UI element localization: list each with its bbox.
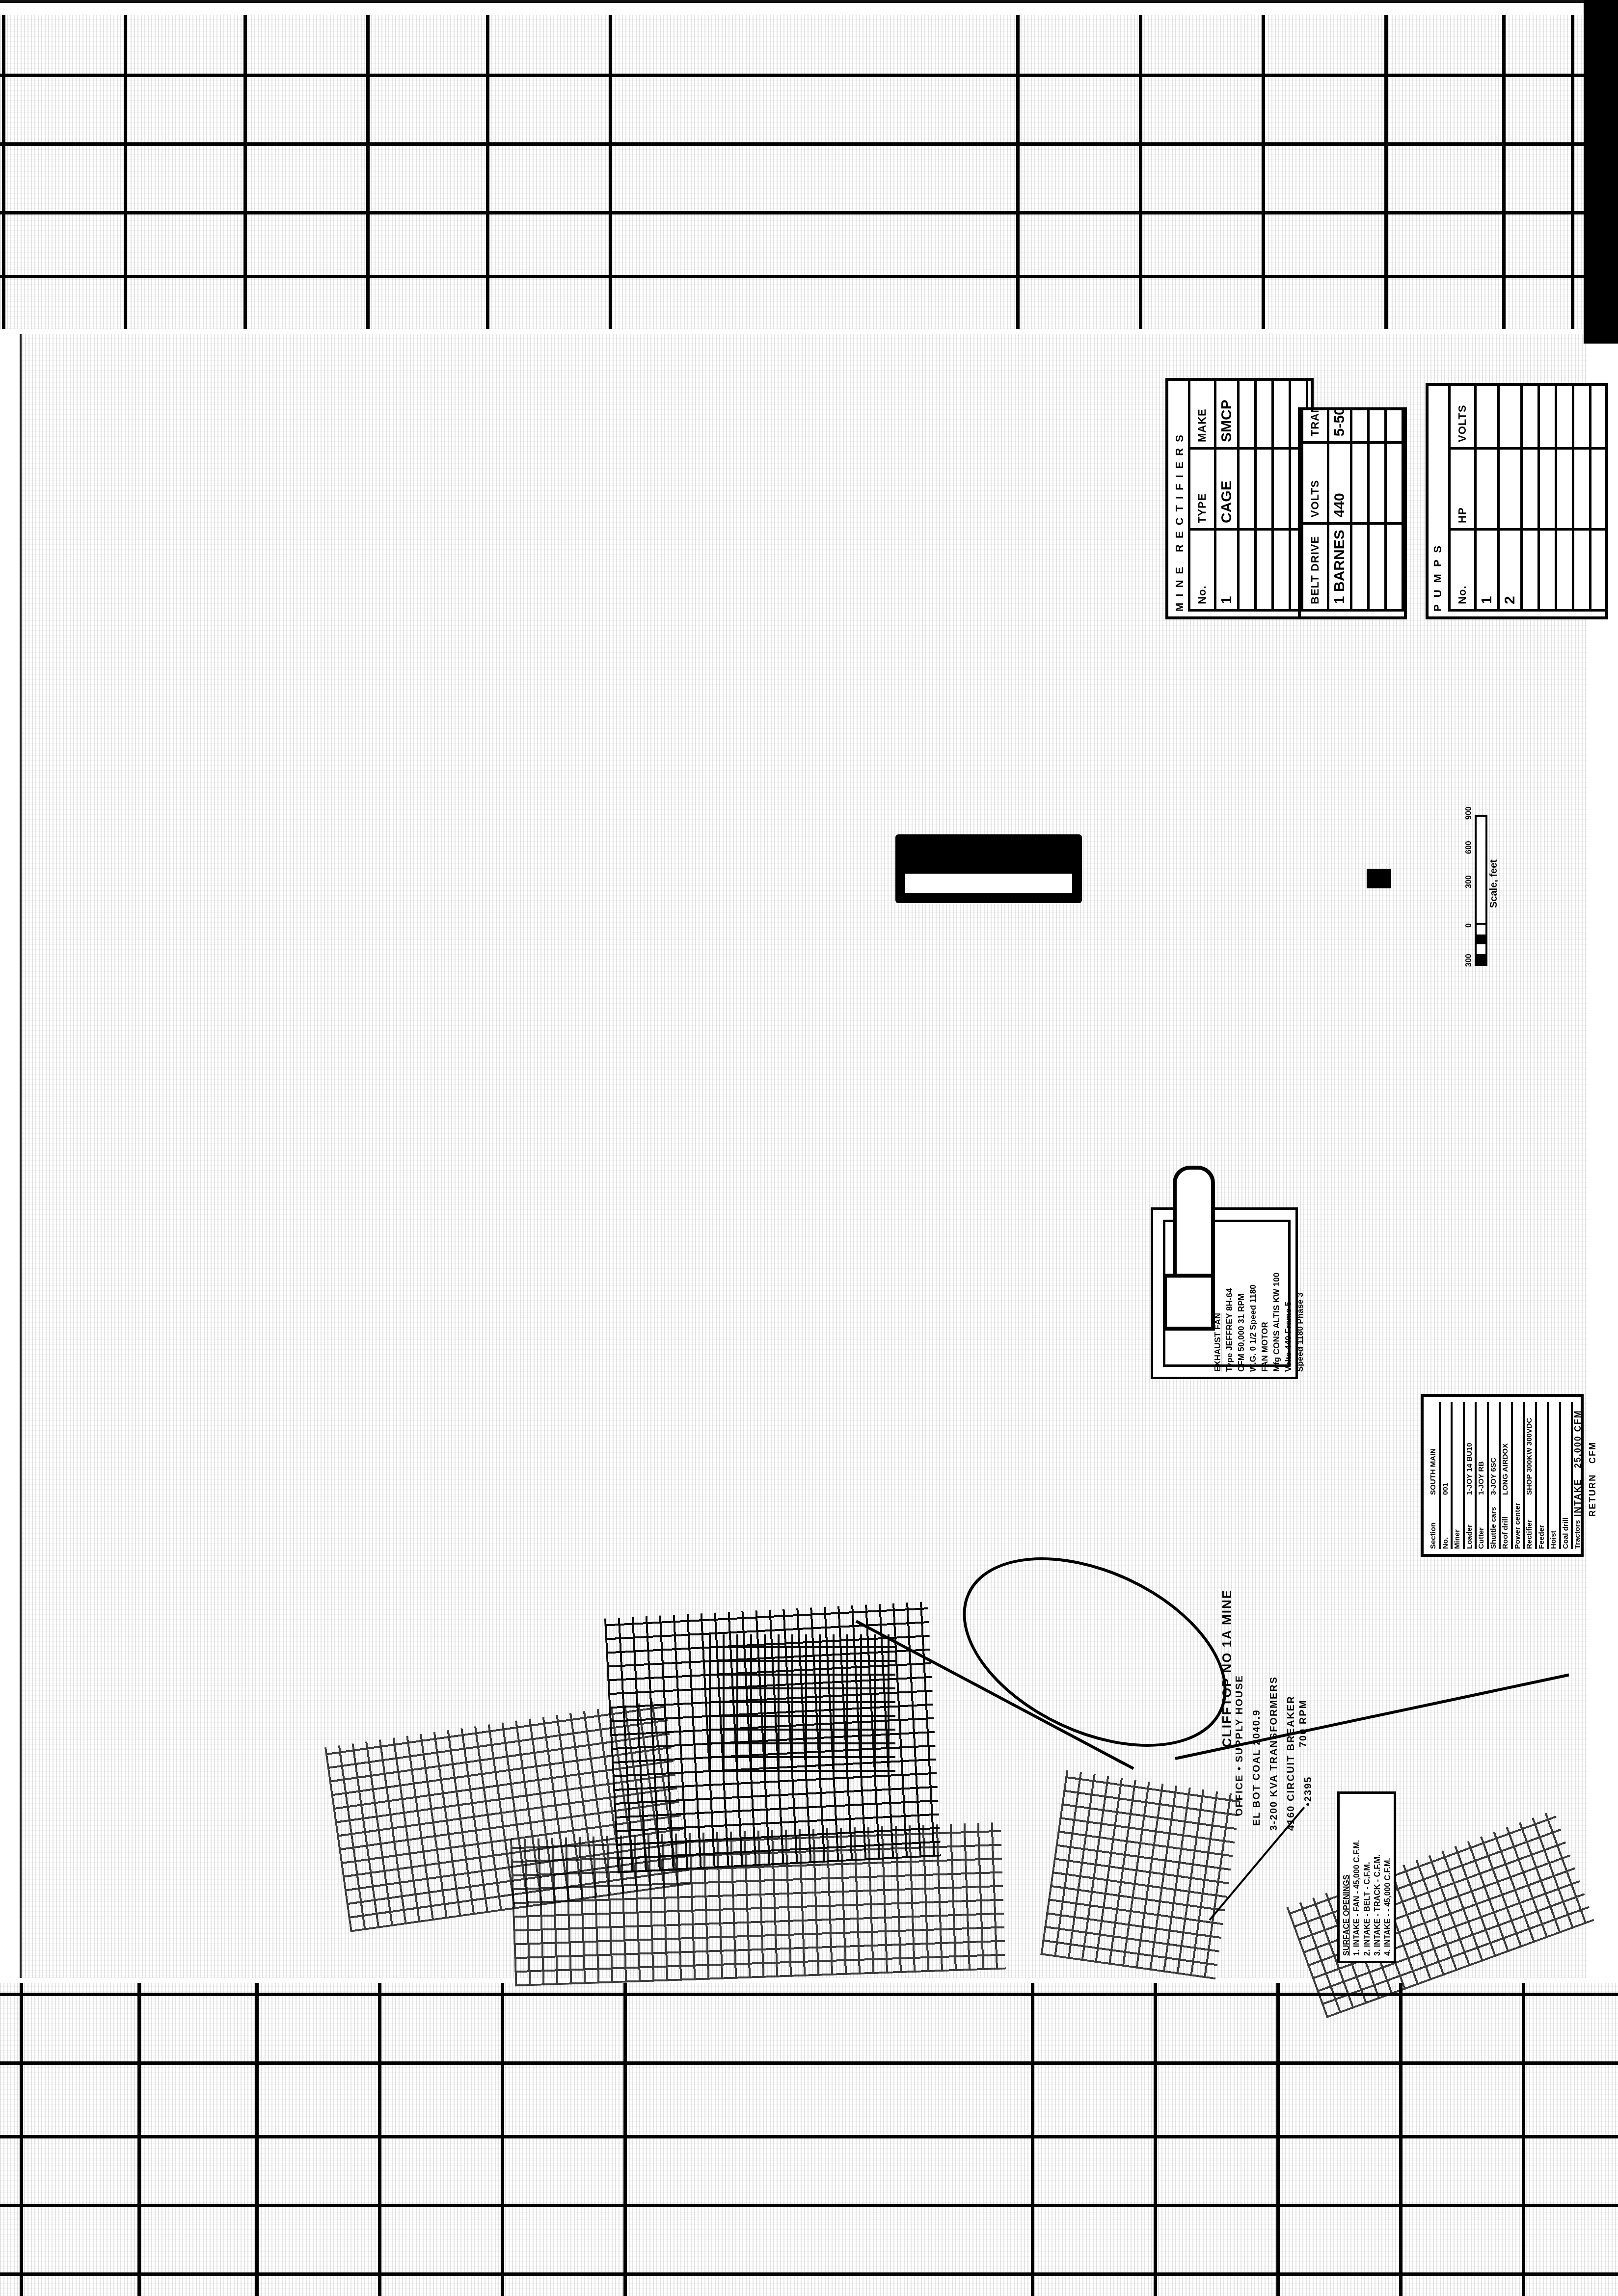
table-row: 1CAGESMCP3004160300 VDC	[1215, 378, 1239, 611]
section-row: Cutter1-JOY RB	[1477, 1402, 1489, 1549]
table-cell	[1539, 449, 1556, 530]
table-cell	[1351, 407, 1369, 443]
table-row	[1239, 378, 1256, 611]
table-cell	[1499, 449, 1522, 530]
table-cell	[1556, 449, 1573, 530]
exhaust-fan-line: FAN MOTOR	[1259, 1273, 1271, 1372]
table-cell: 1	[1476, 530, 1499, 611]
pumps-table: PUMPS No.HPVOLTSHEADGPMMOTORTRANSFORMER1…	[1426, 383, 1608, 619]
section-row: Roof drillLONG AIRDOX	[1501, 1402, 1513, 1549]
office-label: OFFICE • SUPPLY HOUSE	[1234, 1675, 1245, 1816]
section-row-value: 1-JOY RB	[1477, 1461, 1485, 1495]
table-cell	[1556, 383, 1573, 449]
section-row-value: SOUTH MAIN	[1429, 1448, 1437, 1495]
scale-tick: 600	[1465, 841, 1474, 854]
table-row	[1591, 383, 1608, 611]
mine-name-label: CLIFFTOP NO 1A MINE	[1219, 1589, 1235, 1747]
table-cell	[1476, 383, 1499, 449]
table-row	[1556, 383, 1573, 611]
section-row: RectifierSHOP 300KW 300VDC	[1525, 1402, 1537, 1549]
section-row-value: 1-JOY 14 BU10	[1465, 1443, 1474, 1495]
table-cell	[1403, 443, 1407, 524]
exhaust-fan-line: Volts 440 Frame 5	[1283, 1273, 1294, 1372]
table-cell	[1273, 449, 1290, 530]
exhaust-fan-line: CFM 50,000 31 RPM	[1236, 1273, 1247, 1372]
table-cell	[1273, 530, 1290, 611]
table-cell	[1476, 449, 1499, 530]
river	[933, 1519, 1257, 1786]
table-cell	[1573, 383, 1591, 449]
table-cell	[1239, 378, 1256, 449]
surface-opening-item: 4. INTAKE - - 45,000 C.F.M.	[1383, 1840, 1393, 1956]
column-header: BELT DRIVE	[1302, 524, 1328, 611]
section-row-label: Loader	[1465, 1495, 1475, 1549]
section-row-label: Miner	[1453, 1495, 1463, 1549]
table-row	[1608, 383, 1609, 611]
rect-rows-grid: No.TYPEMAKEKWMOTOR GEN AMPSINPUT VOLTSOU…	[1188, 378, 1314, 612]
table-cell	[1573, 449, 1591, 530]
intake-label: INTAKE 25,000 CFM	[1573, 1410, 1583, 1517]
table-cell	[1539, 383, 1556, 449]
exhaust-fan-line: Mfg CONS ALTIS KW 100	[1271, 1273, 1283, 1372]
circuit-breaker-label: 4160 CIRCUIT BREAKER	[1286, 1695, 1297, 1831]
section-row: Power center	[1513, 1402, 1525, 1549]
scale-tick: 300	[1465, 875, 1474, 888]
surface-openings-box: SURFACE OPENINGS1. INTAKE - FAN - 45,000…	[1337, 1791, 1396, 1963]
section-row-label: Shuttle cars	[1489, 1495, 1499, 1549]
table-row	[1539, 383, 1556, 611]
section-row: No.001	[1441, 1402, 1453, 1549]
pump-rows-grid: No.HPVOLTSHEADGPMMOTORTRANSFORMER12	[1448, 383, 1608, 612]
scale-bar: 3000300600900 Scale, feet	[1465, 800, 1509, 996]
top-grid-band	[0, 15, 1618, 329]
pumps-title: PUMPS	[1431, 386, 1444, 612]
table-cell: CAGE	[1215, 449, 1239, 530]
column-header: VOLTS	[1302, 443, 1328, 524]
table-row: 2	[1499, 383, 1522, 611]
section-row-label: No.	[1441, 1495, 1451, 1549]
table-row	[1256, 378, 1273, 611]
table-cell: 2	[1499, 530, 1522, 611]
city-grid-east	[1040, 1770, 1241, 1979]
table-cell	[1273, 378, 1290, 449]
surface-openings-title: SURFACE OPENINGS	[1342, 1840, 1352, 1956]
section-row-label: Feeder	[1537, 1495, 1547, 1549]
section-row: Hoist	[1549, 1402, 1561, 1549]
column-header: No.	[1189, 530, 1215, 611]
table-cell	[1386, 524, 1403, 611]
table-cell	[1403, 407, 1407, 443]
section-row: Shuttle cars3-JOY 6SC	[1489, 1402, 1501, 1549]
city-grid-center-2	[709, 1634, 895, 1772]
column-header: TYPE	[1189, 449, 1215, 530]
table-cell	[1386, 443, 1403, 524]
column-header: VOLTS	[1450, 383, 1476, 449]
table-cell: 1	[1215, 530, 1239, 611]
city-grid-south	[510, 1822, 1006, 1987]
table-cell	[1591, 449, 1608, 530]
table-cell	[1351, 443, 1369, 524]
map-label-block	[895, 834, 1082, 903]
section-row-label: Power center	[1513, 1495, 1523, 1549]
section-row: Loader1-JOY 14 BU10	[1465, 1402, 1477, 1549]
table-cell	[1369, 443, 1386, 524]
section-row: Miner	[1453, 1402, 1465, 1549]
column-header: HP	[1450, 449, 1476, 530]
table-cell	[1239, 449, 1256, 530]
belt-rows-grid: BELT DRIVEVOLTSTRANSFORMER1 BARNES4405-5…	[1301, 407, 1407, 612]
table-cell	[1256, 530, 1273, 611]
bottom-grid-band	[0, 1983, 1618, 2296]
table-cell	[1369, 524, 1386, 611]
section-row-label: Rectifier	[1525, 1495, 1535, 1549]
scale-tick: 300	[1465, 954, 1474, 967]
table-row	[1403, 407, 1407, 611]
map-sheet: MINE RECTIFIERS No.TYPEMAKEKWMOTOR GEN A…	[20, 334, 1588, 1978]
exhaust-fan-line: W.G. 0 1/2 Speed 1180	[1247, 1273, 1259, 1372]
table-cell	[1608, 383, 1609, 449]
belt-drives-table: BELT DRIVEVOLTSTRANSFORMER1 BARNES4405-5…	[1298, 407, 1407, 619]
table-cell	[1591, 530, 1608, 611]
table-cell	[1591, 383, 1608, 449]
rpm-label: 700 RPM	[1298, 1700, 1309, 1747]
table-cell: 440	[1328, 443, 1351, 524]
table-cell	[1608, 530, 1609, 611]
section-row: Feeder	[1537, 1402, 1549, 1549]
coal-elevation-label: EL BOT COAL 2040.9	[1251, 1709, 1263, 1826]
table-cell	[1403, 524, 1407, 611]
column-header: No.	[1450, 530, 1476, 611]
transformers-label: 3-200 KVA TRANSFORMERS	[1268, 1676, 1280, 1831]
table-cell	[1522, 383, 1539, 449]
table-row	[1522, 383, 1539, 611]
column-header: TRANSFORMER	[1302, 407, 1328, 443]
table-cell	[1351, 524, 1369, 611]
exhaust-fan-title: EXHAUST FAN	[1212, 1273, 1224, 1372]
section-row: Coal drill	[1561, 1402, 1573, 1549]
scale-tick: 0	[1465, 923, 1474, 928]
table-cell	[1369, 407, 1386, 443]
section-row-value: 3-JOY 6SC	[1489, 1458, 1498, 1495]
table-cell	[1573, 530, 1591, 611]
table-cell	[1539, 530, 1556, 611]
mine-rectifiers-title: MINE RECTIFIERS	[1173, 386, 1186, 612]
section-row-value: LONG AIRDOX	[1501, 1443, 1510, 1495]
table-cell	[1499, 383, 1522, 449]
fan-icon	[1173, 1166, 1215, 1281]
table-cell	[1522, 449, 1539, 530]
section-row-value: SHOP 300KW 300VDC	[1525, 1418, 1534, 1495]
scale-label: Scale, feet	[1488, 859, 1500, 908]
section-table: SectionSOUTH MAINNo.001MinerLoader1-JOY …	[1421, 1394, 1584, 1557]
table-cell	[1386, 407, 1403, 443]
mine-rectifiers-table: MINE RECTIFIERS No.TYPEMAKEKWMOTOR GEN A…	[1165, 378, 1314, 619]
table-cell	[1556, 530, 1573, 611]
exhaust-fan-line: Type JEFFREY 8H-64	[1224, 1273, 1236, 1372]
return-label: RETURN CFM	[1588, 1442, 1598, 1517]
table-cell: 5-500 KVA	[1328, 407, 1351, 443]
section-row-label: Roof drill	[1501, 1495, 1511, 1549]
table-cell	[1256, 378, 1273, 449]
table-cell	[1608, 449, 1609, 530]
marker-number: 1	[1375, 861, 1395, 869]
table-row	[1386, 407, 1403, 611]
section-row: SectionSOUTH MAIN	[1429, 1402, 1441, 1549]
spot-elevation-label: •2395	[1303, 1776, 1314, 1807]
table-cell	[1522, 530, 1539, 611]
exhaust-fan-line: Speed 1180 Phase 3	[1294, 1273, 1306, 1372]
table-row	[1351, 407, 1369, 611]
section-row-label: Cutter	[1477, 1495, 1487, 1549]
scan-top-border	[0, 0, 1618, 3]
fan-housing-icon	[1163, 1274, 1215, 1331]
table-cell: 1 BARNES	[1328, 524, 1351, 611]
table-row	[1369, 407, 1386, 611]
table-row: 1 BARNES4405-500 KVA	[1328, 407, 1351, 611]
table-row: 1	[1476, 383, 1499, 611]
map-marker: 1	[1367, 869, 1391, 888]
scale-tick: 900	[1465, 806, 1474, 820]
section-row-label: Hoist	[1549, 1495, 1559, 1549]
table-cell	[1239, 530, 1256, 611]
section-row-value: 001	[1441, 1483, 1450, 1495]
table-cell	[1256, 449, 1273, 530]
section-row-label: Coal drill	[1561, 1495, 1571, 1549]
table-row	[1573, 383, 1591, 611]
surface-opening-item: 2. INTAKE - BELT - C.F.M.	[1362, 1840, 1373, 1956]
exhaust-fan-box: EXHAUST FANType JEFFREY 8H-64CFM 50,000 …	[1151, 1207, 1298, 1379]
table-cell: SMCP	[1215, 378, 1239, 449]
surface-opening-item: 1. INTAKE - FAN - 45,000 C.F.M.	[1352, 1840, 1362, 1956]
section-row-label: Section	[1429, 1495, 1439, 1549]
column-header: MAKE	[1189, 378, 1215, 449]
surface-opening-item: 3. INTAKE - TRACK - C.F.M.	[1373, 1840, 1383, 1956]
table-row	[1273, 378, 1290, 611]
